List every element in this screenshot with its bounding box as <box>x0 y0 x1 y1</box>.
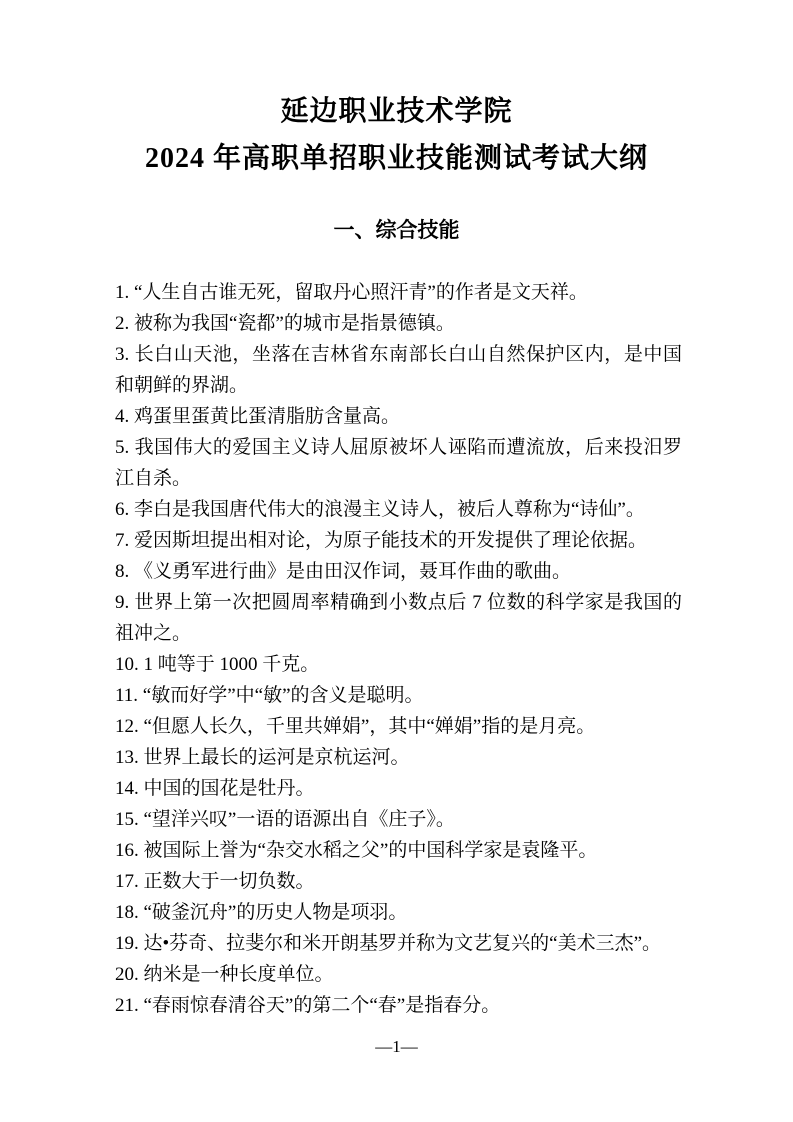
list-item: 7. 爱因斯坦提出相对论，为原子能技术的开发提供了理论依据。 <box>115 525 682 556</box>
section-heading: 一、综合技能 <box>0 215 793 246</box>
list-item: 4. 鸡蛋里蛋黄比蛋清脂肪含量高。 <box>115 401 682 432</box>
fact-list: 1. “人生自古谁无死，留取丹心照汗青”的作者是文天祥。 2. 被称为我国“瓷都… <box>0 277 793 1021</box>
list-item: 5. 我国伟大的爱国主义诗人屈原被坏人诬陷而遭流放，后来投汨罗江自杀。 <box>115 432 682 494</box>
list-item: 6. 李白是我国唐代伟大的浪漫主义诗人，被后人尊称为“诗仙”。 <box>115 494 682 525</box>
page-title: 延边职业技术学院 <box>0 88 793 135</box>
list-item: 17. 正数大于一切负数。 <box>115 866 682 897</box>
list-item: 15. “望洋兴叹”一语的语源出自《庄子》。 <box>115 804 682 835</box>
document-page: 延边职业技术学院 2024 年高职单招职业技能测试考试大纲 一、综合技能 1. … <box>0 0 793 1122</box>
list-item: 3. 长白山天池，坐落在吉林省东南部长白山自然保护区内，是中国和朝鲜的界湖。 <box>115 339 682 401</box>
title-block: 延边职业技术学院 2024 年高职单招职业技能测试考试大纲 <box>0 0 793 182</box>
list-item: 8. 《义勇军进行曲》是由田汉作词，聂耳作曲的歌曲。 <box>115 556 682 587</box>
list-item: 1. “人生自古谁无死，留取丹心照汗青”的作者是文天祥。 <box>115 277 682 308</box>
page-number: —1— <box>0 1036 793 1058</box>
list-item: 13. 世界上最长的运河是京杭运河。 <box>115 742 682 773</box>
list-item: 2. 被称为我国“瓷都”的城市是指景德镇。 <box>115 308 682 339</box>
list-item: 20. 纳米是一种长度单位。 <box>115 959 682 990</box>
list-item: 11. “敏而好学”中“敏”的含义是聪明。 <box>115 680 682 711</box>
list-item: 14. 中国的国花是牡丹。 <box>115 773 682 804</box>
list-item: 16. 被国际上誉为“杂交水稻之父”的中国科学家是袁隆平。 <box>115 835 682 866</box>
list-item: 21. “春雨惊春清谷天”的第二个“春”是指春分。 <box>115 990 682 1021</box>
page-subtitle: 2024 年高职单招职业技能测试考试大纲 <box>0 135 793 182</box>
list-item: 12. “但愿人长久，千里共婵娟”，其中“婵娟”指的是月亮。 <box>115 711 682 742</box>
list-item: 10. 1 吨等于 1000 千克。 <box>115 649 682 680</box>
list-item: 19. 达•芬奇、拉斐尔和米开朗基罗并称为文艺复兴的“美术三杰”。 <box>115 928 682 959</box>
list-item: 9. 世界上第一次把圆周率精确到小数点后 7 位数的科学家是我国的祖冲之。 <box>115 587 682 649</box>
list-item: 18. “破釜沉舟”的历史人物是项羽。 <box>115 897 682 928</box>
